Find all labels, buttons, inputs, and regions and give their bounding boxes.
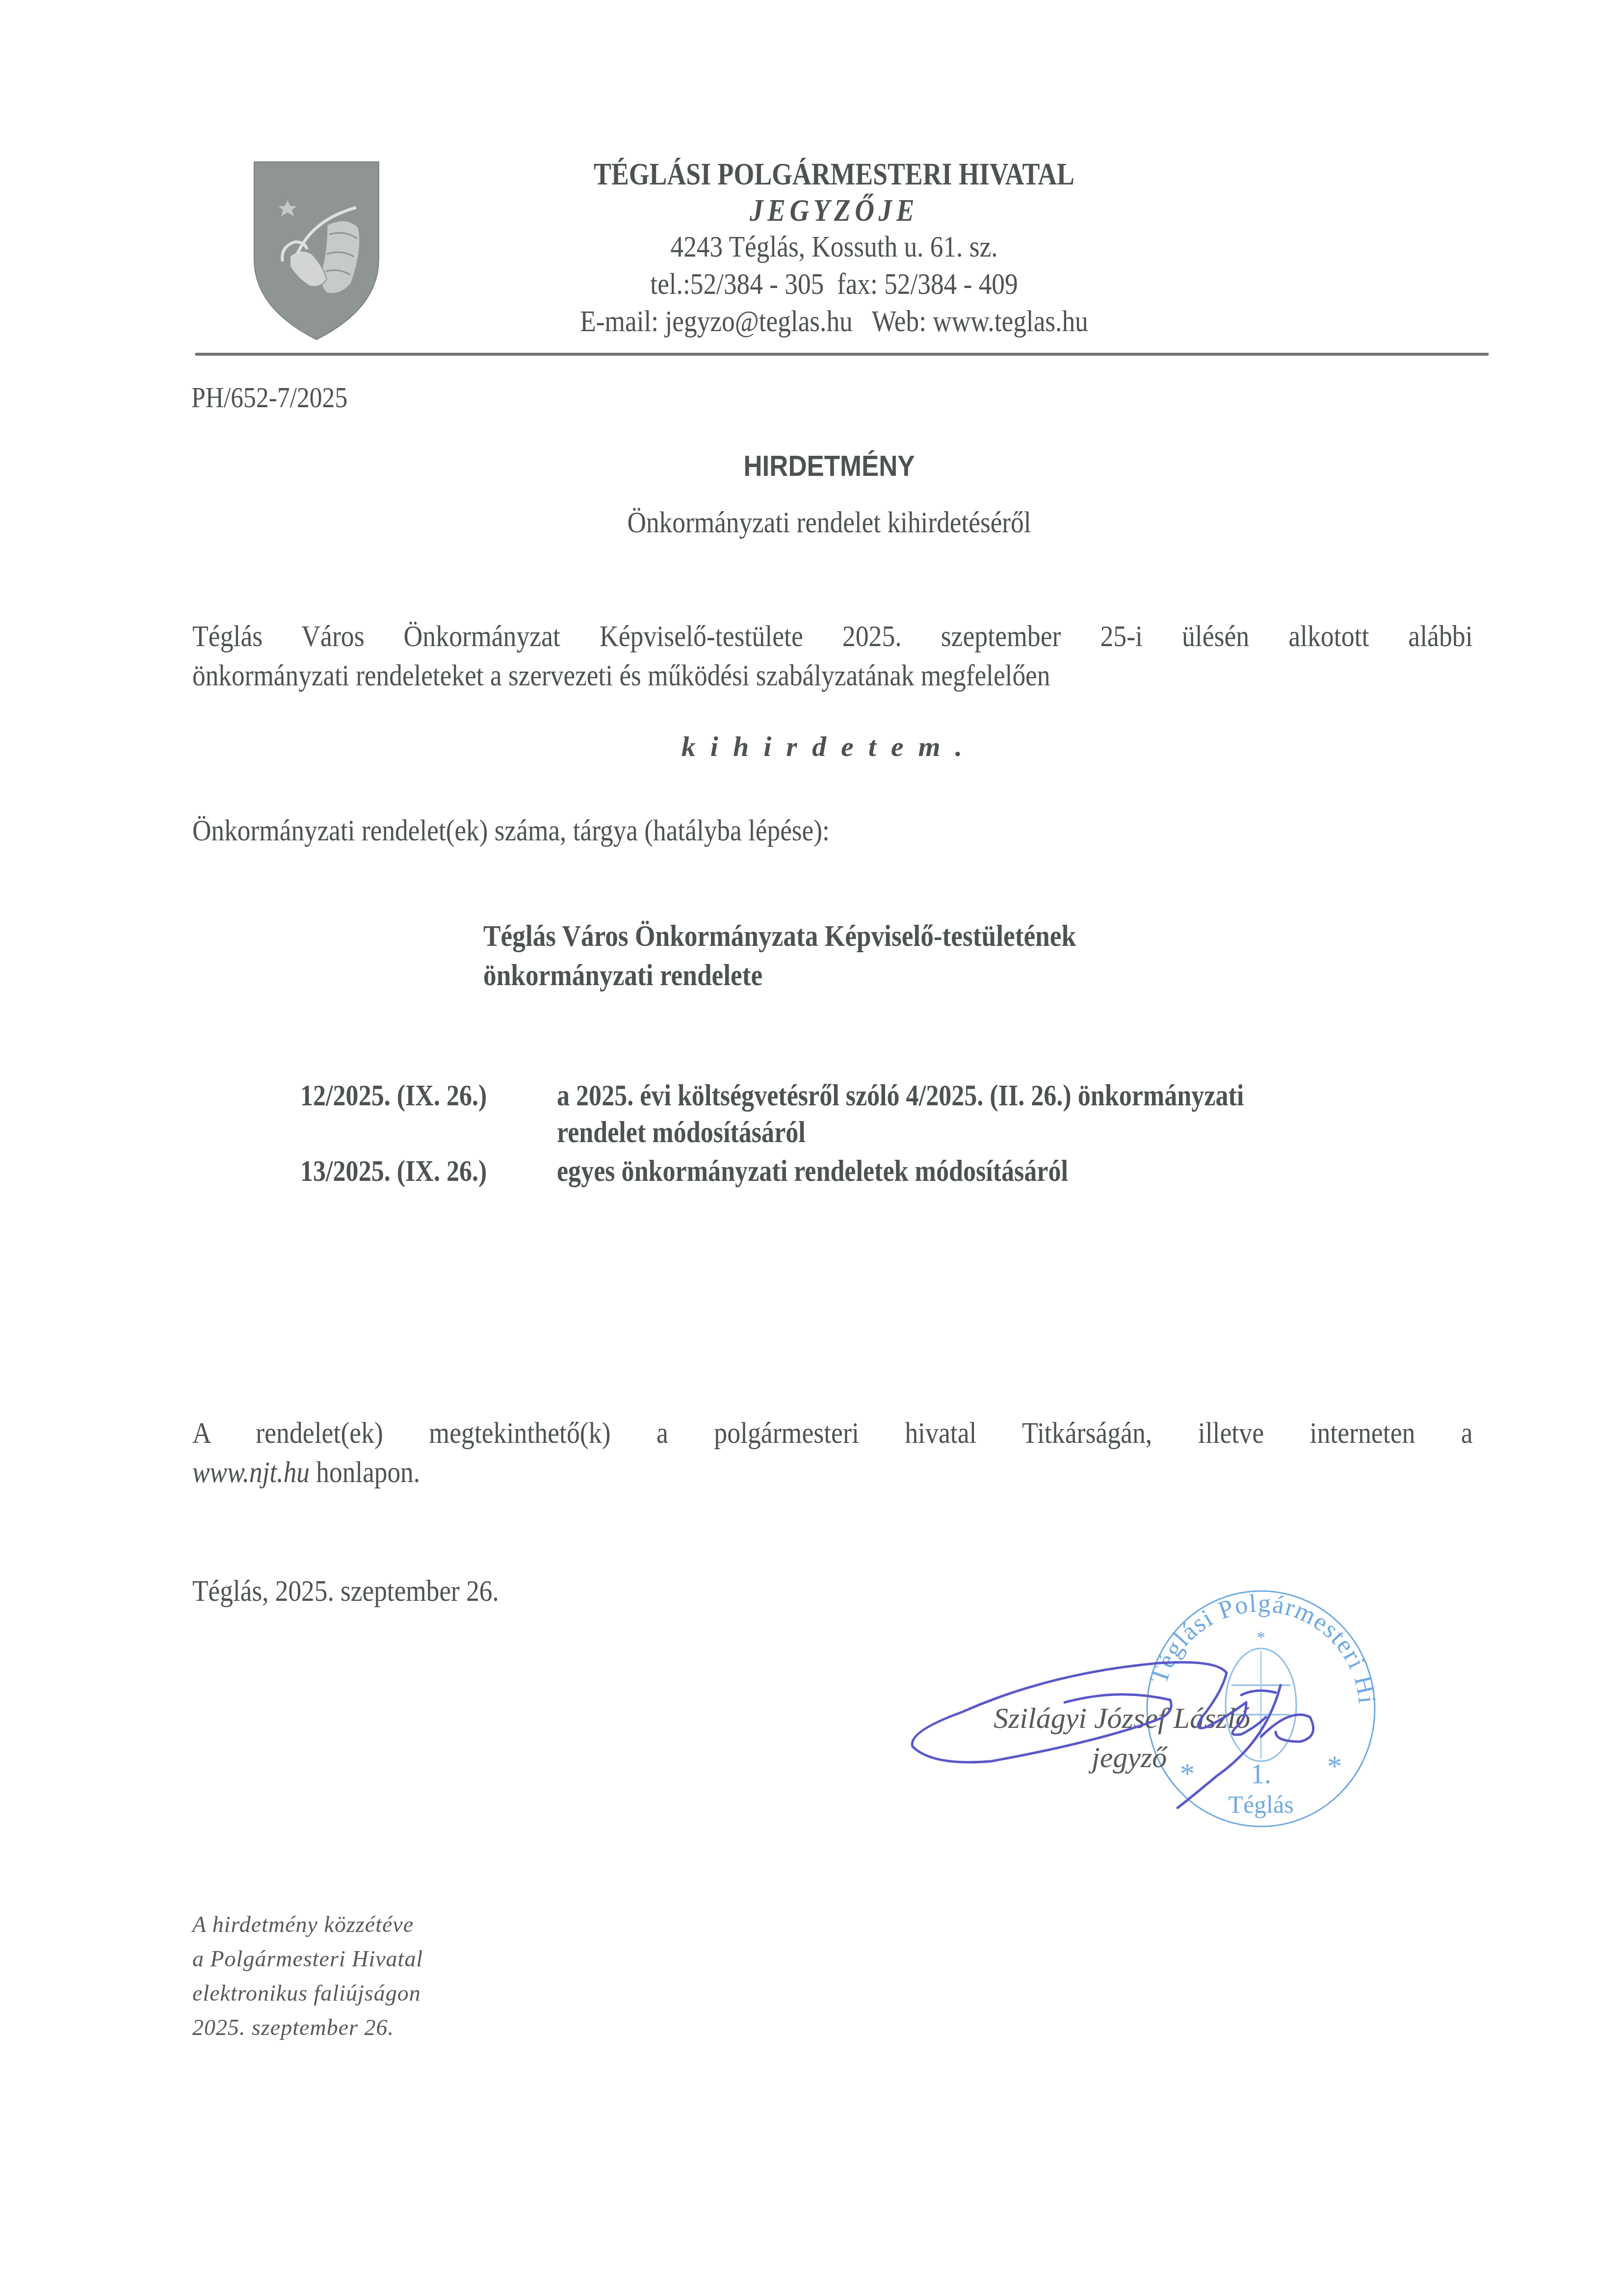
njt-link[interactable]: www.njt.hu	[192, 1456, 310, 1489]
decree-subject: a 2025. évi költségvetésről szóló 4/2025…	[557, 1078, 1244, 1113]
coat-of-arms-shield-icon	[253, 161, 380, 340]
office-subtitle: JEGYZŐJE	[539, 192, 1129, 229]
publication-note-line-3: elektronikus faliújságon	[192, 1980, 421, 2006]
office-email-web: E-mail: jegyzo@teglas.hu Web: www.teglas…	[539, 304, 1129, 339]
availability-line-1: A rendelet(ek) megtekinthető(k) a polgár…	[192, 1416, 1473, 1451]
office-phone-fax: tel.:52/384 - 305 fax: 52/384 - 409	[539, 267, 1129, 302]
office-address: 4243 Téglás, Kossuth u. 61. sz.	[539, 230, 1129, 264]
publication-note-line-2: a Polgármesteri Hivatal	[192, 1946, 423, 1972]
proclamation: kihirdetem.	[535, 730, 1124, 763]
decree-heading-line-2: önkormányzati rendelete	[483, 958, 762, 993]
handwritten-signature-icon	[903, 1614, 1393, 1820]
reference-number: PH/652-7/2025	[191, 381, 347, 415]
availability-rest: honlapon.	[310, 1456, 420, 1489]
decree-number: 12/2025. (IX. 26.)	[300, 1078, 487, 1113]
document-subtitle: Önkormányzati rendelet kihirdetéséről	[576, 505, 1082, 540]
publication-note-line-4: 2025. szeptember 26.	[192, 2014, 394, 2040]
availability-line-2: www.njt.hu honlapon.	[192, 1455, 420, 1490]
header-divider	[195, 353, 1489, 356]
intro-line-1: Téglás Város Önkormányzat Képviselő-test…	[192, 619, 1473, 654]
intro-line-2: önkormányzati rendeleteket a szervezeti …	[192, 658, 1050, 693]
publication-note-line-1: A hirdetmény közzétéve	[192, 1911, 414, 1937]
decree-subject: egyes önkormányzati rendeletek módosítás…	[557, 1154, 1068, 1189]
office-name: TÉGLÁSI POLGÁRMESTERI HIVATAL	[546, 156, 1123, 192]
decree-number: 13/2025. (IX. 26.)	[300, 1154, 487, 1189]
decree-list-label: Önkormányzati rendelet(ek) száma, tárgya…	[192, 813, 830, 848]
place-date: Téglás, 2025. szeptember 26.	[192, 1574, 499, 1609]
decree-heading-line-1: Téglás Város Önkormányzata Képviselő-tes…	[483, 919, 1076, 954]
document-title: HIRDETMÉNY	[570, 449, 1088, 483]
decree-subject-continued: rendelet módosításáról	[557, 1115, 806, 1150]
